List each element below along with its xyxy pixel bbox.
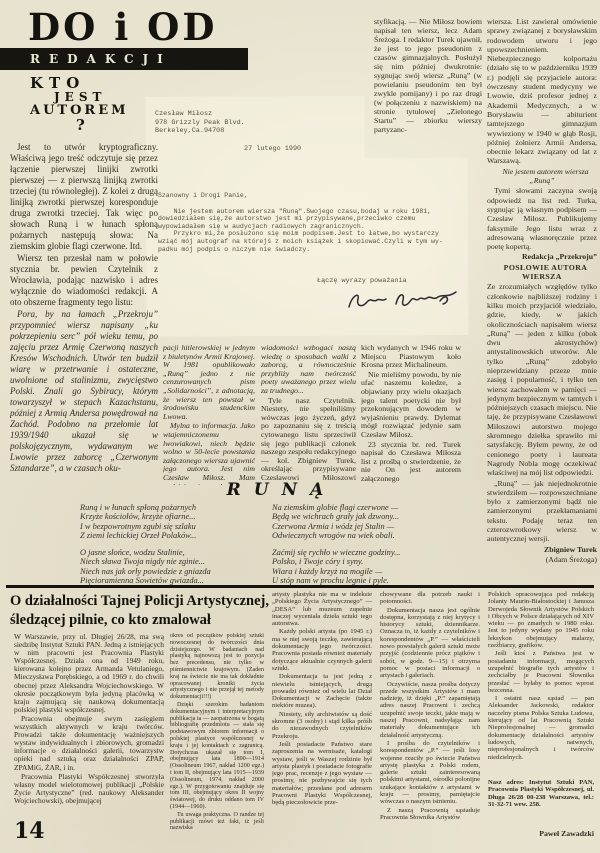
letter-salutation: Szanowny i Drogi Panie,	[158, 192, 470, 200]
bottom-column-1: W Warszawie, przy ul. Długiej 26/28, ma …	[14, 633, 164, 825]
article-column-mid-3: wiadomości wzbogaci naszą wiedzę o sposo…	[261, 344, 356, 482]
article-column-top-right: styfikacją. — Nie Miłosz bowiem napisał …	[374, 17, 482, 153]
paragraph: Dzięki szerokim badaniom dokumentacyjnym…	[170, 702, 264, 811]
paragraph: W Warszawie, przy ul. Długiej 26/28, ma …	[14, 633, 164, 714]
paragraph: wiersza. List zawierał omówienie sprawy …	[487, 17, 597, 166]
paragraph: Ze zrozumiałych względów tylko członkowi…	[487, 282, 597, 477]
heading-line: ?	[76, 118, 129, 132]
paragraph: styfikacją. — Nie Miłosz bowiem napisał …	[374, 17, 482, 134]
poem-column-left: Runą i w łunach spłoną pożarnych Krzyże …	[80, 503, 236, 593]
page-number: 14	[14, 818, 45, 844]
quoted-letter-paragraph: wiadomości wzbogaci naszą wiedzę o sposo…	[261, 344, 356, 396]
bottom-column-4: chowywane dla potrzeb nauki i potomności…	[380, 591, 480, 853]
poem-stanza: Runą i w łunach spłoną pożarnych Krzyże …	[80, 503, 236, 540]
quoted-letter-paragraph: Pora, by na łamach „Przekroju” przypomni…	[10, 309, 158, 474]
author-pseudonym: (Adam Śreżoga)	[487, 555, 597, 564]
article-column-mid-4: kich wydanych w 1946 roku w Miejscu Pias…	[361, 344, 461, 499]
poem-column-right: Na ziemskim globie flagi czerwone — Będą…	[272, 503, 424, 593]
editorial-signature: Redakcja „Przekroju”	[487, 252, 597, 261]
paragraph: Polskich opracowująca pod redakcją Jolan…	[488, 591, 594, 649]
poem-stanza: Na ziemskim globie flagi czerwone — Będą…	[272, 503, 424, 540]
letter-closing: Łączę wyrazy poważania	[317, 277, 407, 285]
handwritten-signature	[345, 286, 460, 323]
paragraph: Tu uwaga praktyczna. O randze tej publik…	[170, 812, 264, 832]
paragraph: Jest to utwór kryptograficzny. Właściwą …	[10, 142, 158, 252]
paragraph: Wiersz ten przesłał nam w połowie styczn…	[10, 253, 158, 308]
article-column-mid-2: pacji hitlerowskiej w jednym z biuletynó…	[163, 344, 255, 485]
subheading: POSŁOWIE AUTORA WIERSZA	[487, 263, 597, 282]
paragraph: Pracownia obejmuje swym zasięgiem wszyst…	[14, 715, 164, 772]
bottom-column-3: artysty plastyka nie ma w indeksie „Pols…	[272, 591, 372, 853]
inline-quote-heading: Nie jestem autorem wiersza „Runą”	[487, 167, 597, 186]
poem-title: RUNĄ	[170, 480, 380, 500]
paragraph: Tymi słowami zaczyna swoją odpowiedź na …	[487, 186, 597, 251]
paragraph: Jeśli posiadacie Państwo stare zaproszen…	[272, 741, 372, 807]
heading-line: JEST	[54, 90, 129, 104]
paragraph: kich wydanych w 1946 roku w Miejscu Pias…	[361, 344, 461, 370]
poem-stanza: O jasne słońce, wodzu Stalinie, Niech sł…	[80, 548, 236, 585]
article-column-left: Jest to utwór kryptograficzny. Właściwą …	[10, 142, 158, 484]
letter-body: Szanowny i Drogi Panie, Nie jestem autor…	[158, 192, 470, 253]
contact-address: Nasz adres: Instytut Sztuki PAN, Pracown…	[488, 779, 594, 809]
author-signature: Zbigniew Turek	[487, 545, 597, 554]
quoted-letter-paragraph: Mylna to informacja. Jako wtajemniczonem…	[163, 422, 255, 485]
letter-text: Nie jestem autorem wiersza "Runą".Swojeg…	[158, 208, 470, 254]
paragraph: Tyle nasz Czytelnik. Niestety, nie spełn…	[261, 397, 356, 482]
paragraph: Pracownia Plastyki Współczesnej stworzył…	[14, 773, 164, 805]
heading-line: KTO	[30, 76, 129, 90]
signature-scrawl-icon	[345, 286, 460, 318]
paragraph: Oczywiście, nasza prośba dotyczy przede …	[380, 681, 480, 739]
paragraph: Każdy polski artysta (po 1945 r.) ma w n…	[272, 628, 372, 672]
article-byline: Paweł Zawadzki	[488, 829, 594, 838]
paragraph: 23 stycznia br. red. Turek napisał do Cz…	[361, 441, 461, 484]
paragraph: „Runą” — jak niejednokrotnie stwierdziłe…	[487, 479, 597, 544]
newspaper-page-scan: DO i OD REDAKCJI KTO JEST AUTOREM ? Czes…	[0, 0, 600, 853]
paragraph: Z naszą Pracownią sąsiaduje Pracownia Sł…	[380, 807, 480, 822]
bottom-column-5: Polskich opracowująca pod redakcją Jolan…	[488, 591, 594, 777]
paragraph: Niestety, siły archiwistów są dość skrom…	[272, 711, 372, 740]
poem-stanza: Zaćmij się rychło w wieczne godziny... P…	[272, 548, 424, 585]
letter-sender-address: Czesław Miłosz 978 Grizzly Peak Blvd. Be…	[155, 110, 245, 136]
paragraph: Dokumentacja ta jest jedną z niewielu is…	[272, 673, 372, 709]
paragraph: I ostatni nasz sąsiad — pan Aleksander J…	[488, 695, 594, 761]
paragraph: okres od początków polskiej sztuki nowoc…	[170, 633, 264, 701]
paragraph: artysty plastyka nie ma w indeksie „Pols…	[272, 591, 372, 627]
paragraph: Dokumentacja nasza jest ogólnie dostępna…	[380, 607, 480, 680]
section-divider-rule	[6, 585, 594, 588]
paragraph: Jeśli ktoś z Państwa jest w posiadaniu i…	[488, 650, 594, 694]
masthead-section-bar: REDAKCJI	[0, 48, 248, 70]
article-heading: KTO JEST AUTOREM ?	[30, 76, 129, 132]
letter-date: 27 lutego 1990	[244, 145, 301, 153]
paragraph: chowywane dla potrzeb nauki i potomności…	[380, 591, 480, 606]
bottom-column-2: okres od początków polskiej sztuki nowoc…	[170, 633, 264, 853]
paragraph: I prośba do czytelników i korespondentów…	[380, 740, 480, 806]
article-column-far-right: wiersza. List zawierał omówienie sprawy …	[487, 17, 597, 583]
quoted-letter-paragraph: pacji hitlerowskiej w jednym z biuletynó…	[163, 344, 255, 421]
masthead-title: DO i OD	[28, 5, 217, 49]
paragraph: Nie mieliśmy powodu, by nie ufać naszemu…	[361, 371, 461, 440]
